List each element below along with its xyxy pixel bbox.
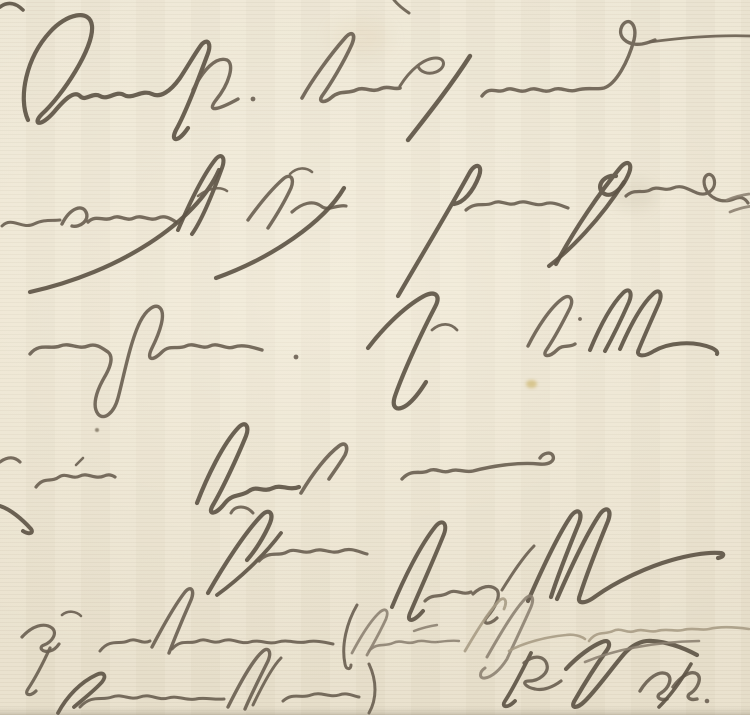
handwriting-line-5 <box>208 507 723 623</box>
handwriting-layer <box>0 0 750 715</box>
handwriting-line-4 <box>0 424 553 533</box>
signature-r-voss <box>504 641 710 707</box>
handwriting-line-1 <box>24 15 750 140</box>
handwriting-line-2 <box>2 156 750 296</box>
handwriting-line-7 <box>58 649 375 713</box>
handwriting-line-3 <box>30 290 717 416</box>
letter-page: Wunsch. Wort und dankt für Ihre Theil= n… <box>0 0 750 715</box>
edge-marks <box>0 0 409 13</box>
